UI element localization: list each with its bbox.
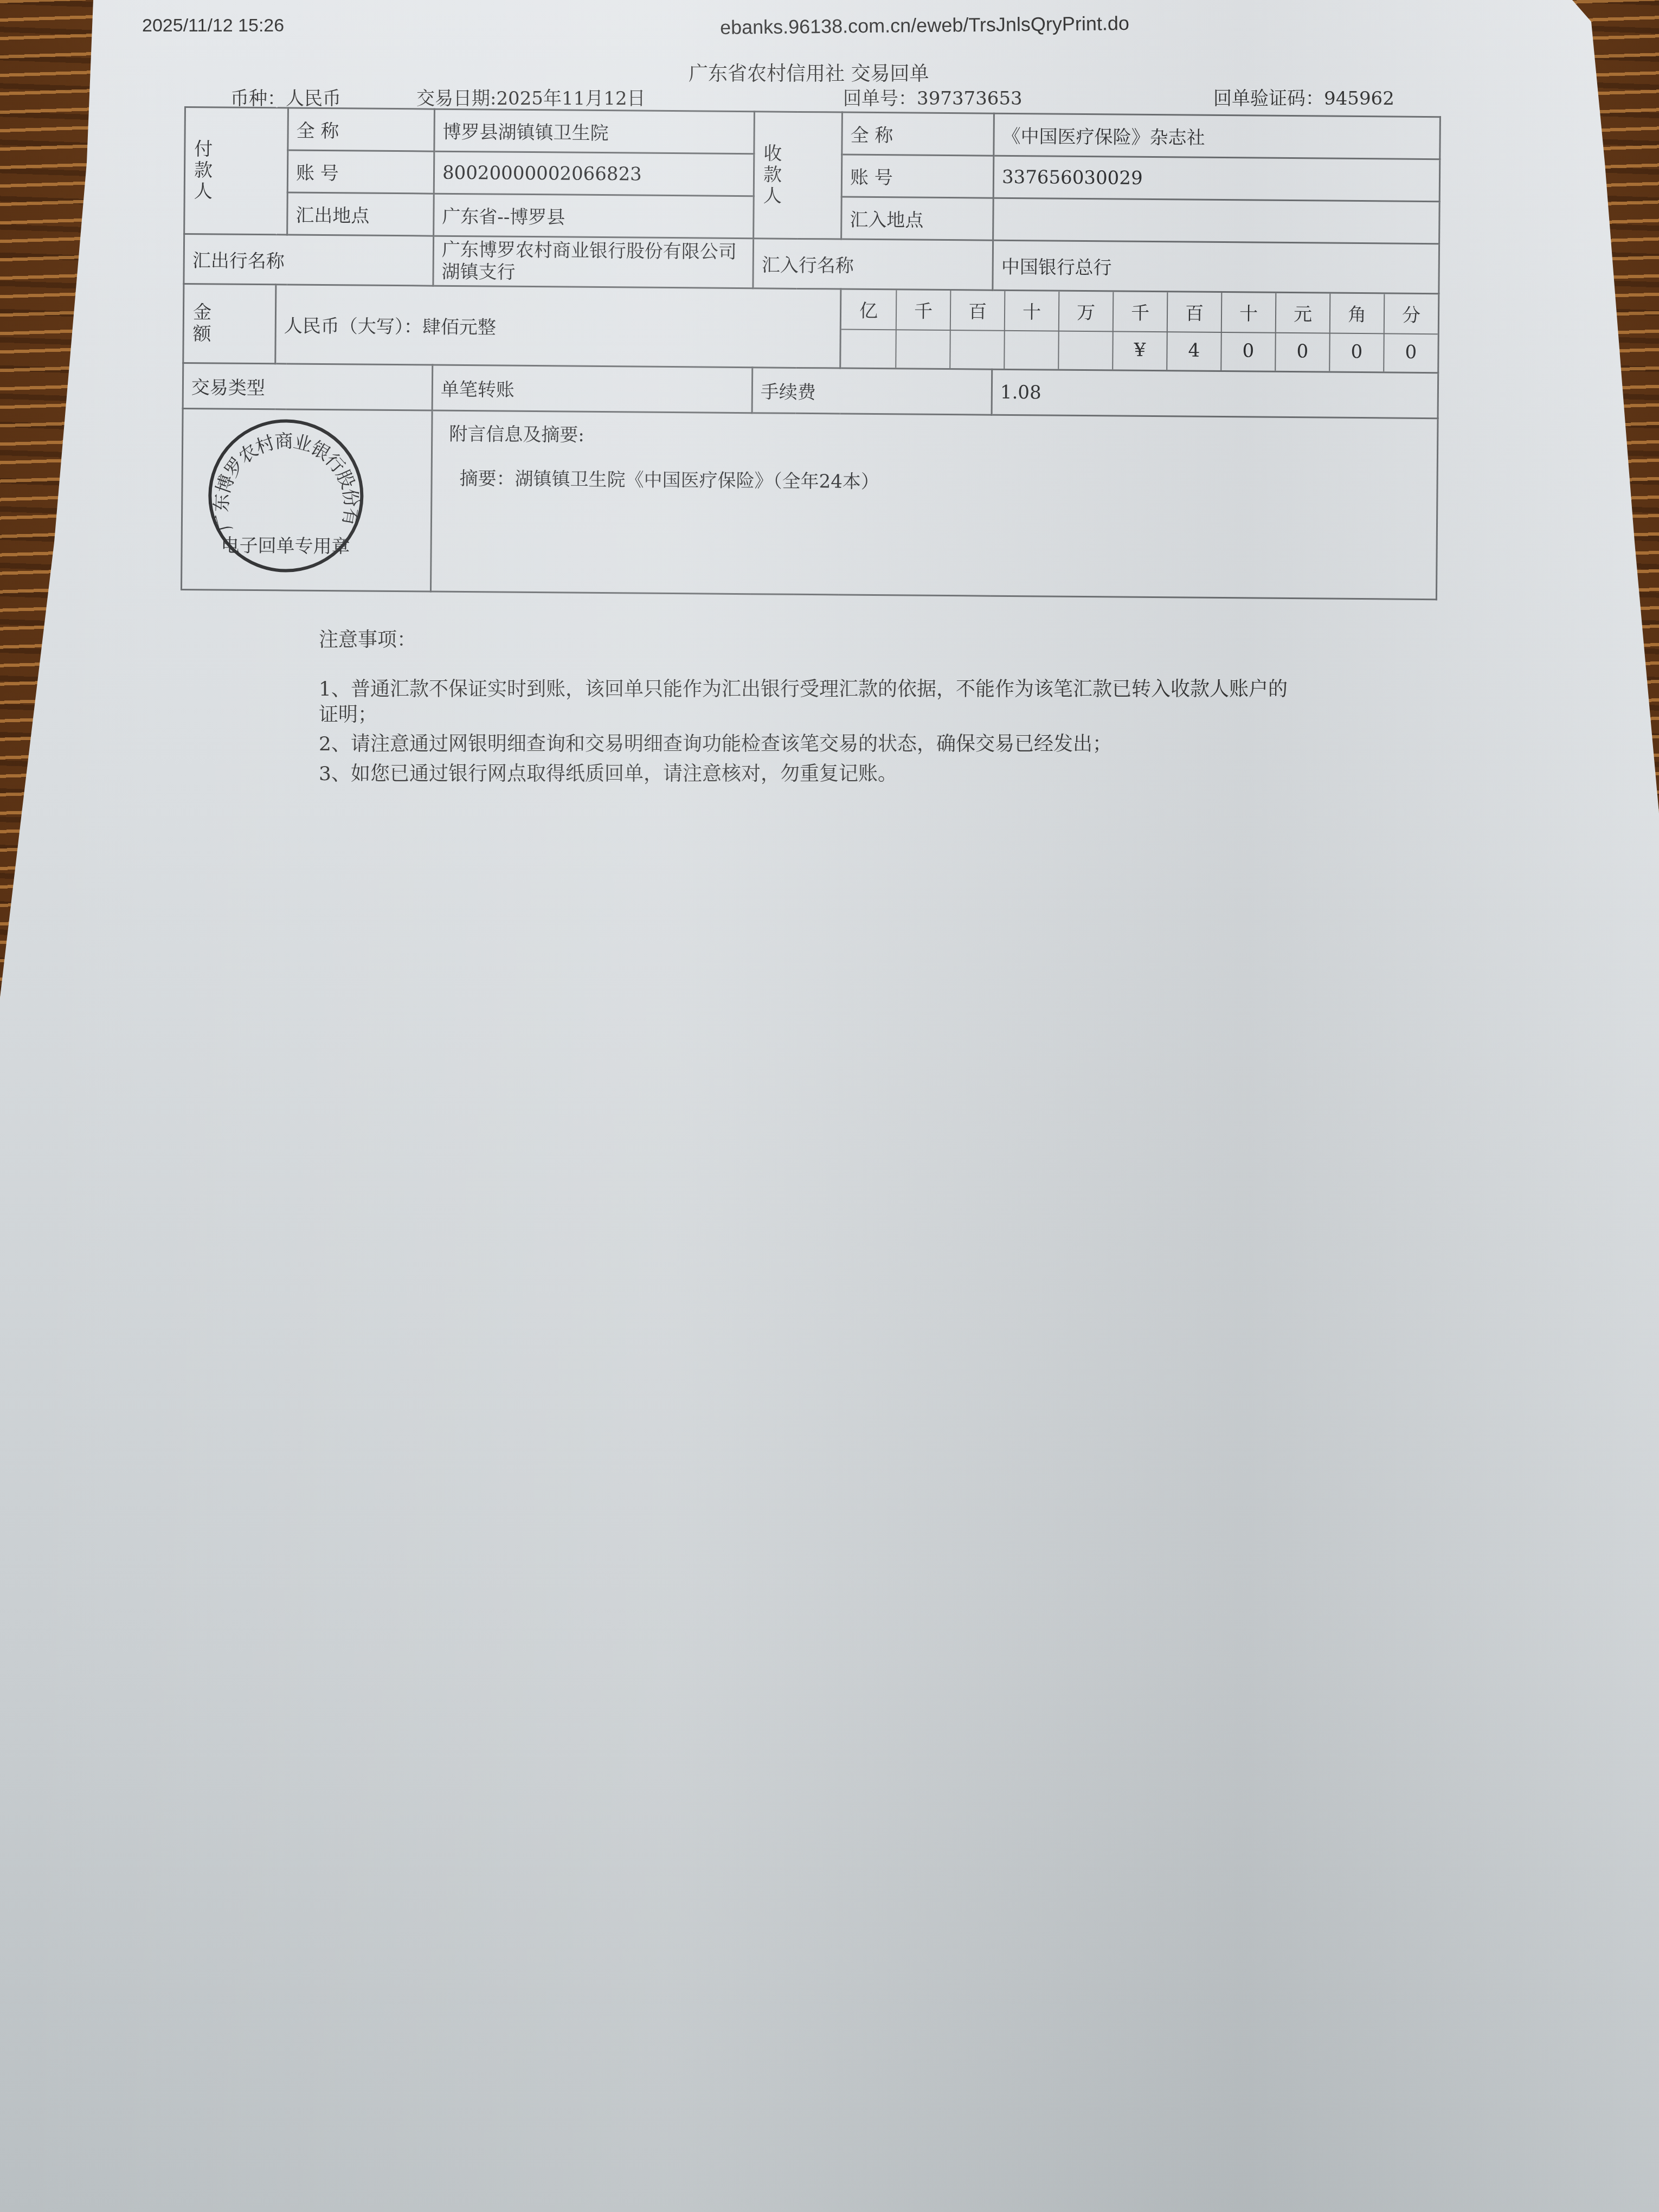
memo-label: 附言信息及摘要: [449, 419, 584, 447]
svg-text:广东博罗农村商业银行股份有限公司: 广东博罗农村商业银行股份有限公司 [204, 415, 363, 535]
amount-digit: 0 [1275, 332, 1329, 371]
amount-unit-header: 角 [1329, 294, 1384, 333]
verification-code: 回单验证码：945962 [1213, 83, 1394, 110]
transaction-date: 交易日期:2025年11月12日 [416, 83, 646, 110]
amount-unit-header: 元 [1275, 293, 1330, 332]
memo-text: 摘要：湖镇镇卫生院《中国医疗保险》（全年24本） [459, 464, 879, 493]
bank-seal-stamp: 广东博罗农村商业银行股份有限公司 电子回单专用章 [204, 415, 368, 576]
fee-label: 手续费 [752, 368, 992, 415]
payer-bank: 广东博罗农村商业银行股份有限公司湖镇支行 [433, 236, 754, 288]
fee-amount: 1.08 [992, 369, 1438, 418]
amount-digit: 0 [1220, 332, 1275, 371]
payee-location-label: 汇入地点 [841, 197, 994, 240]
amount-digit: 0 [1383, 333, 1438, 372]
payer-group-label: 付款人 [184, 107, 288, 235]
payer-account-label: 账 号 [287, 150, 434, 194]
svg-text:电子回单专用章: 电子回单专用章 [221, 535, 350, 558]
amount-unit-header: 亿 [841, 290, 896, 329]
amount-unit-header: 百 [950, 291, 1005, 330]
payer-account: 80020000002066823 [434, 151, 754, 196]
payee-bank-label: 汇入行名称 [753, 239, 993, 290]
print-timestamp: 2025/11/12 15:26 [142, 15, 284, 36]
receipt-number: 回单号：397373653 [843, 83, 1023, 110]
document-title: 广东省农村信用社 交易回单 [689, 59, 929, 86]
amount-unit-header: 千 [896, 290, 950, 329]
amount-in-words: 人民币（大写）：肆佰元整 [275, 285, 841, 368]
amount-digit: 4 [1166, 331, 1221, 370]
amount-digit: 0 [1329, 332, 1384, 371]
payee-location [993, 198, 1440, 243]
amount-unit-header: 万 [1058, 292, 1113, 331]
receipt-form: 付款人 全 称 博罗县湖镇镇卫生院 收款人 全 称 《中国医疗保险》杂志社 账 … [181, 106, 1439, 599]
notes-section: 注意事项： 1、普通汇款不保证实时到账，该回单只能作为汇出银行受理汇款的依据，不… [319, 628, 1295, 792]
amount-digits: ¥40000 [841, 329, 1438, 372]
payer-name-label: 全 称 [288, 108, 435, 151]
stamp-cell: 广东博罗农村商业银行股份有限公司 电子回单专用章 [181, 408, 432, 591]
note-item: 2、请注意通过网银明细查询和交易明细查询功能检查该笔交易的状态，确保交易已经发出… [319, 732, 1295, 757]
amount-digit [895, 329, 950, 368]
amount-digit-grid: 亿千百十万千百十元角分 ¥40000 [840, 289, 1439, 373]
payer-location: 广东省--博罗县 [434, 194, 754, 239]
amount-digit [949, 330, 1004, 369]
currency: 币种：人民币 [230, 83, 341, 110]
notes-title: 注意事项： [319, 628, 1295, 653]
print-url: ebanks.96138.com.cn/eweb/TrsJnlsQryPrint… [720, 12, 1129, 39]
amount-digit [1058, 330, 1113, 369]
payer-bank-label: 汇出行名称 [184, 234, 434, 286]
payee-name: 《中国医疗保险》杂志社 [994, 113, 1441, 159]
payee-account-label: 账 号 [841, 155, 994, 198]
note-item: 3、如您已通过银行网点取得纸质回单，请注意核对，勿重复记账。 [319, 762, 1295, 787]
payee-account: 337656030029 [993, 156, 1440, 201]
amount-unit-header: 千 [1113, 292, 1167, 331]
payee-name-label: 全 称 [842, 112, 994, 156]
amount-unit-headers: 亿千百十万千百十元角分 [841, 290, 1438, 335]
payer-location-label: 汇出地点 [287, 192, 434, 236]
payee-group-label: 收款人 [754, 112, 843, 239]
amount-unit-header: 十 [1221, 293, 1276, 332]
amount-unit-header: 分 [1384, 294, 1438, 333]
amount-digit: ¥ [1112, 331, 1167, 370]
paper-sheet: 2025/11/12 15:26 ebanks.96138.com.cn/ewe… [0, 0, 1659, 2212]
note-item: 1、普通汇款不保证实时到账，该回单只能作为汇出银行受理汇款的依据，不能作为该笔汇… [319, 677, 1295, 728]
payee-bank: 中国银行总行 [993, 240, 1439, 293]
amount-unit-header: 十 [1004, 291, 1059, 330]
amount-unit-header: 百 [1167, 292, 1221, 331]
amount-group-label: 金额 [183, 284, 276, 364]
transaction-type: 单笔转账 [432, 365, 753, 413]
transaction-type-label: 交易类型 [183, 363, 433, 410]
amount-digit [1004, 330, 1058, 369]
amount-digit [841, 329, 896, 368]
memo-cell: 附言信息及摘要: 摘要：湖镇镇卫生院《中国医疗保险》（全年24本） [430, 410, 1438, 600]
payer-name: 博罗县湖镇镇卫生院 [434, 109, 755, 154]
